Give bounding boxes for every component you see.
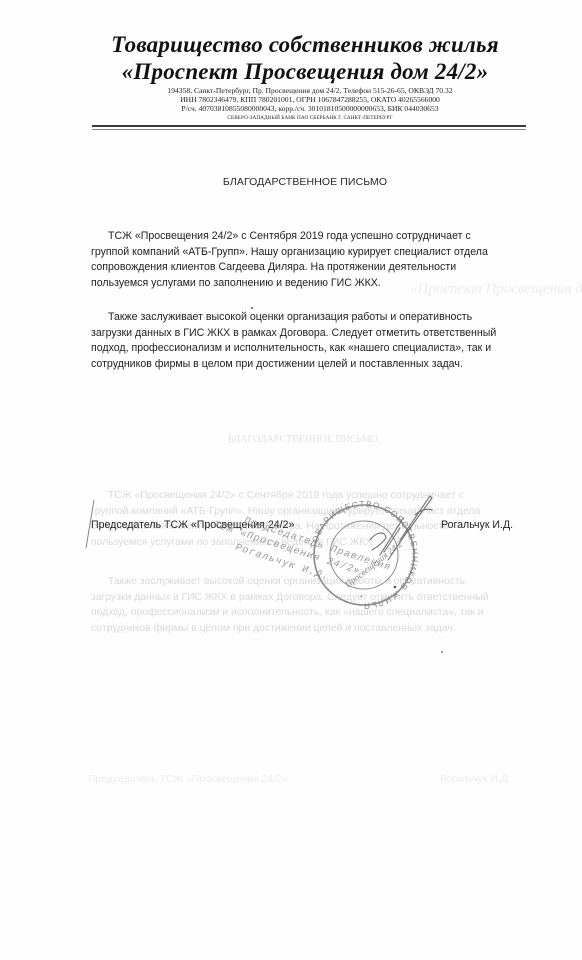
- letterhead-divider-thin: [92, 129, 526, 130]
- stamp-and-signature-layer: Председатель Правления ТСЖ «Просвещения …: [0, 0, 582, 960]
- letterhead-org-name: Товарищество собственников жилья: [80, 31, 530, 58]
- paragraph-line: сопровождения клиентов Сагдеева Диляра. …: [91, 260, 531, 276]
- paragraph-line: группой компаний «АТБ-Групп». Нашу орган…: [91, 245, 531, 261]
- bleed-through-signature: Председатель ТСЖ «Просвещения 24/2»: [88, 772, 287, 788]
- document-title: БЛАГОДАРСТВЕННОЕ ПИСЬМО: [80, 176, 530, 188]
- letter-page: «Проспект Просвещения дом 24/2» БЛАГОДАР…: [0, 0, 582, 960]
- letterhead-org-name-line2: «Проспект Просвещения дом 24/2»: [80, 58, 530, 85]
- stray-dot: [441, 651, 443, 653]
- letterhead-bank-name: СЕВЕРО-ЗАПАДНЫЙ БАНК ПАО СБЕРБАНК Г. САН…: [100, 114, 520, 123]
- letterhead-bank-account: Р/сч. 40703810855080000043, корр./сч. 30…: [100, 105, 520, 114]
- bleed-through-heading: БЛАГОДАРСТВЕННОЕ ПИСЬМО: [228, 432, 378, 448]
- paragraph-line: ТСЖ «Просвещения 24/2» с Сентября 2019 г…: [91, 229, 531, 245]
- bleed-through-signature-name: Рогальчук И.Д.: [440, 772, 511, 788]
- paragraph-line: пользуемся услугами по заполнению и веде…: [91, 276, 531, 292]
- letterhead-divider: [92, 125, 526, 127]
- paragraph-line: подход, профессионализм и исполнительнос…: [91, 341, 531, 357]
- bleed-through-paragraph: Также заслуживает высокой оценки организ…: [91, 574, 488, 637]
- letter-paragraph-1: ТСЖ «Просвещения 24/2» с Сентября 2019 г…: [91, 229, 531, 292]
- stray-dot: [251, 307, 253, 309]
- paragraph-line: сотрудников фирмы в целом при достижении…: [91, 357, 531, 373]
- signatory-name: Рогальчук И.Д.: [441, 519, 513, 531]
- paragraph-line: Также заслуживает высокой оценки организ…: [91, 310, 531, 326]
- letter-paragraph-2: Также заслуживает высокой оценки организ…: [91, 310, 531, 373]
- paragraph-line: загрузки данных в ГИС ЖКХ в рамках Догов…: [91, 326, 531, 342]
- signatory-position: Председатель ТСЖ «Просвещения 24/2»: [91, 519, 294, 531]
